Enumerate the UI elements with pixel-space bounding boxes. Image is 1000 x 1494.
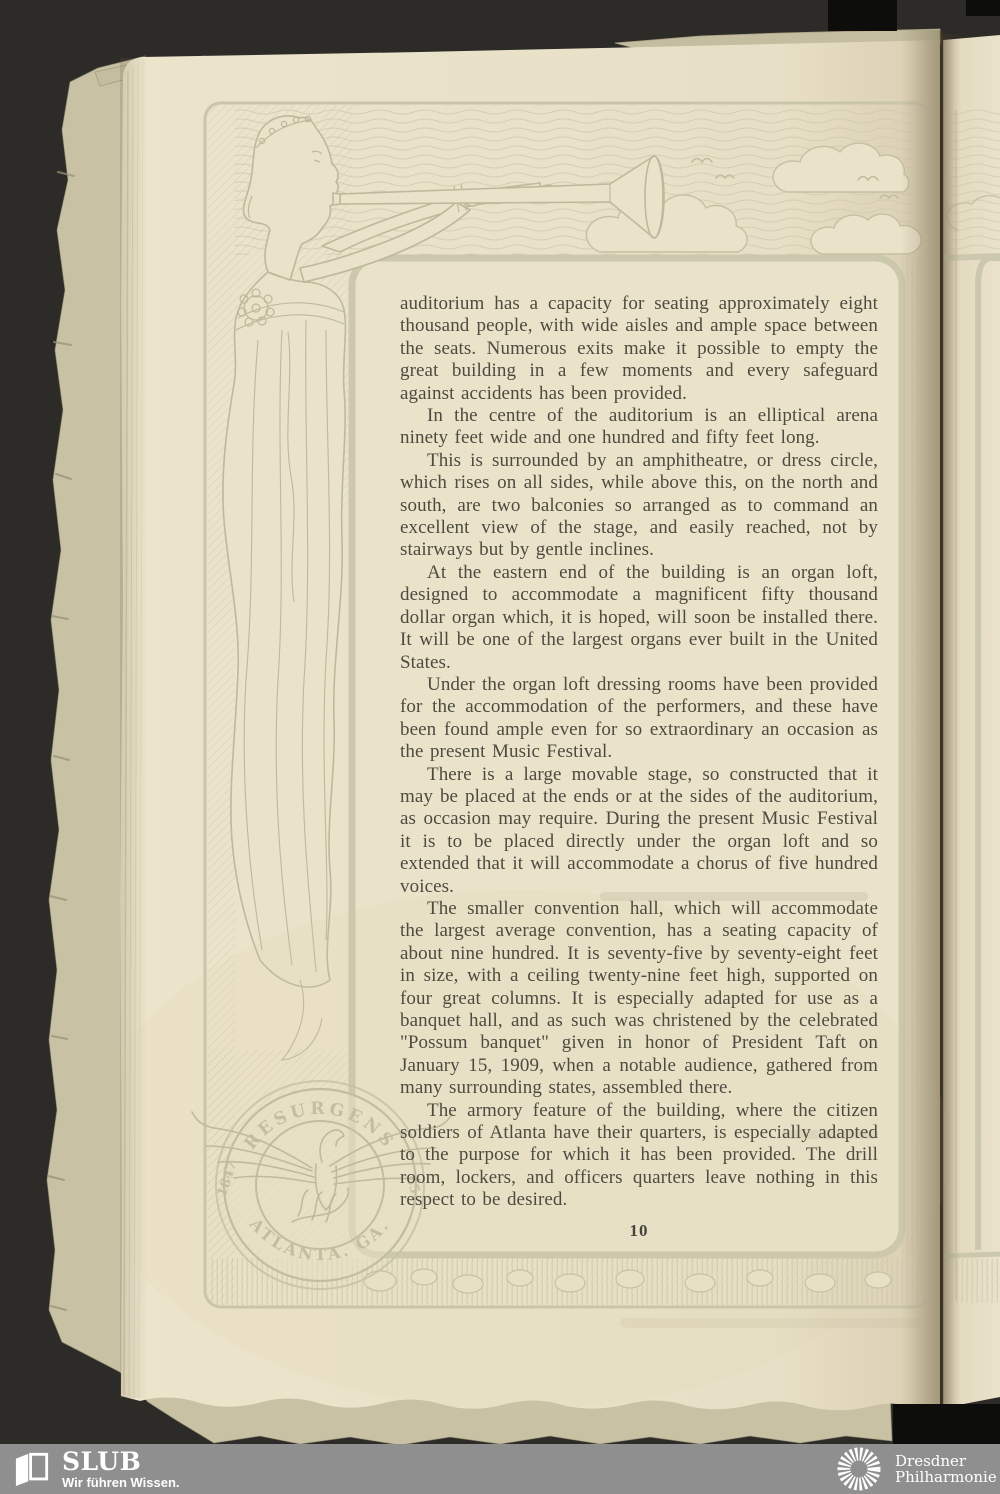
slub-book-icon [14,1451,50,1487]
body-paragraph: There is a large movable stage, so const… [400,764,878,898]
slub-wordmark: SLUB [62,1449,180,1474]
gutter-crease [941,34,944,1414]
slub-logo-link[interactable]: SLUB Wir führen Wissen. [14,1449,180,1490]
body-paragraph: In the centre of the auditorium is an el… [400,405,878,450]
background-notch [966,0,1000,16]
background-notch [828,0,897,31]
body-paragraph: This is surrounded by an amphitheatre, o… [400,450,878,562]
body-paragraph: The smaller convention hall, which will … [400,898,878,1100]
digital-library-viewer: RESURGENS ATLANTA. GA. 1847 65 [0,0,1000,1494]
partner-name-line1: Dresdner [895,1453,997,1469]
gutter-shadow [900,30,943,1414]
page-text-block: auditorium has a capacity for seating ap… [400,293,878,1242]
body-paragraph: At the eastern end of the building is an… [400,562,878,674]
philharmonie-sunburst-icon [836,1446,882,1492]
slub-tagline: Wir führen Wissen. [62,1475,180,1490]
body-paragraph: The armory feature of the building, wher… [400,1100,878,1212]
page-number: 10 [400,1220,878,1242]
background-notch [893,1404,1000,1444]
body-paragraph: auditorium has a capacity for seating ap… [400,293,878,405]
partner-logo-link[interactable]: Dresdner Philharmonie [836,1446,997,1492]
partner-name-line2: Philharmonie [895,1469,997,1485]
body-paragraph: Under the organ loft dressing rooms have… [400,674,878,764]
viewer-footer: SLUB Wir führen Wissen. Dresdner Philhar… [0,1444,1000,1494]
